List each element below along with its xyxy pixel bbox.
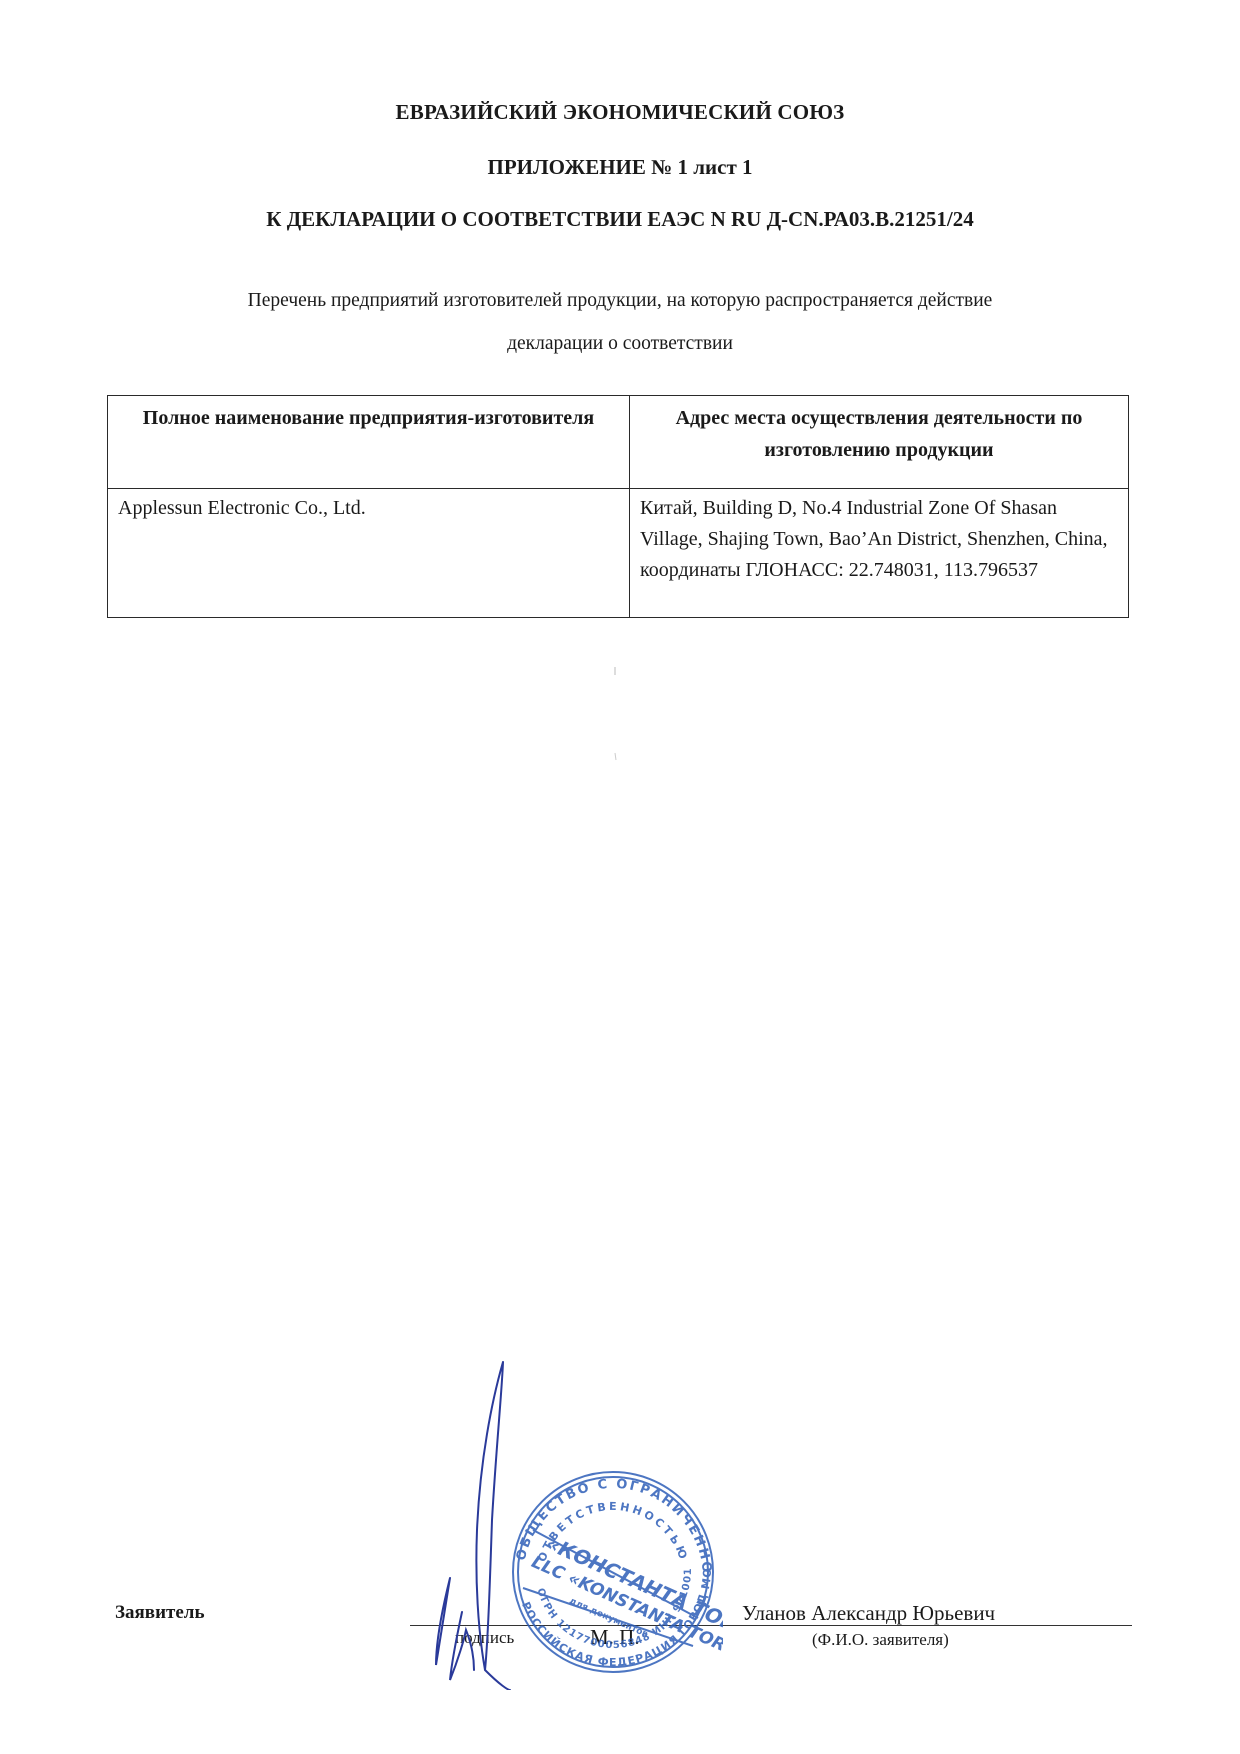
applicant-name: Уланов Александр Юрьевич (742, 1601, 995, 1626)
appendix-heading: ПРИЛОЖЕНИЕ № 1 лист 1 (0, 155, 1240, 180)
declaration-heading: К ДЕКЛАРАЦИИ О СООТВЕТСТВИИ ЕАЭС N RU Д-… (0, 207, 1240, 232)
column-header-address: Адрес места осуществления деятельности п… (630, 396, 1129, 489)
applicant-name-caption: (Ф.И.О. заявителя) (812, 1630, 949, 1650)
column-header-manufacturer: Полное наименование предприятия-изготови… (108, 396, 630, 489)
applicant-label: Заявитель (115, 1602, 205, 1624)
manufacturers-table: Полное наименование предприятия-изготови… (107, 395, 1129, 618)
manufacturer-cell: Applessun Electronic Co., Ltd. (108, 489, 630, 618)
scan-artifact (612, 665, 618, 765)
address-cell: Китай, Building D, No.4 Industrial Zone … (630, 489, 1129, 618)
table-row: Applessun Electronic Co., Ltd. Китай, Bu… (108, 489, 1129, 618)
table-header-row: Полное наименование предприятия-изготови… (108, 396, 1129, 489)
union-heading: ЕВРАЗИЙСКИЙ ЭКОНОМИЧЕСКИЙ СОЮЗ (0, 100, 1240, 125)
intro-text-line1: Перечень предприятий изготовителей проду… (0, 290, 1240, 312)
handwritten-signature (430, 1340, 570, 1690)
intro-text-line2: декларации о соответствии (0, 333, 1240, 355)
